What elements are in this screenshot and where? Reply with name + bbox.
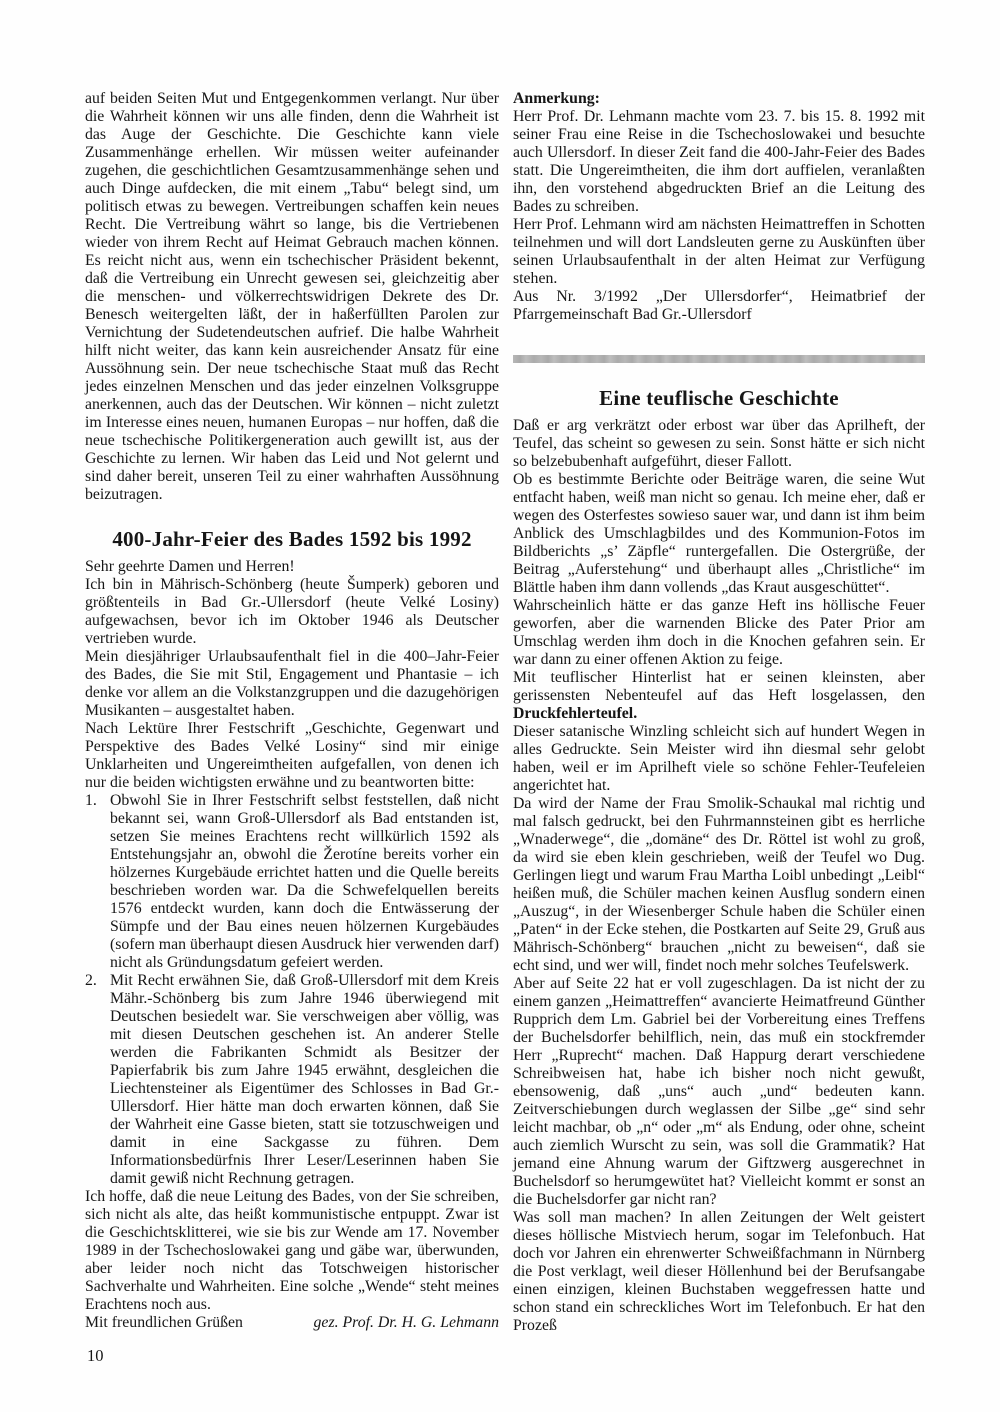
note-heading: Anmerkung:: [513, 90, 925, 108]
section-divider: [513, 355, 925, 363]
letter-paragraph: Ich bin in Mährisch-Schönberg (heute Šum…: [85, 576, 499, 648]
magazine-page: auf beiden Seiten Mut und Entgegenkommen…: [0, 0, 1000, 1412]
page-number: 10: [87, 1346, 104, 1366]
numbered-item: 2. Mit Recht erwähnen Sie, daß Groß-Ulle…: [85, 972, 499, 1188]
article-paragraph-with-bold: Mit teuflischer Hinterlist hat er seinen…: [513, 669, 925, 723]
opening-paragraph: auf beiden Seiten Mut und Entgegenkommen…: [85, 90, 499, 504]
article-paragraph: Wahrscheinlich hätte er das ganze Heft i…: [513, 597, 925, 669]
item-marker: 1.: [85, 792, 110, 972]
note-paragraph: Aus Nr. 3/1992 „Der Ullersdorfer“, Heima…: [513, 288, 925, 324]
letter-title: 400-Jahr-Feier des Bades 1592 bis 1992: [85, 530, 499, 548]
item-text: Mit Recht erwähnen Sie, daß Groß-Ullersd…: [110, 972, 499, 1188]
letter-salutation: Sehr geehrte Damen und Herren!: [85, 558, 499, 576]
article-paragraph: Ob es bestimmte Berichte oder Beiträge w…: [513, 471, 925, 597]
note-paragraph: Herr Prof. Lehmann wird am nächsten Heim…: [513, 216, 925, 288]
item-marker: 2.: [85, 972, 110, 1188]
article-paragraph: Da wird der Name der Frau Smolik-Schauka…: [513, 795, 925, 975]
numbered-item: 1. Obwohl Sie in Ihrer Festschrift selbs…: [85, 792, 499, 972]
signature-greeting: Mit freundlichen Grüßen: [85, 1314, 243, 1332]
item-text: Obwohl Sie in Ihrer Festschrift selbst f…: [110, 792, 499, 972]
signature-row: Mit freundlichen Grüßen gez. Prof. Dr. H…: [85, 1314, 499, 1332]
article-paragraph: Daß er arg verkrätzt oder erbost war übe…: [513, 417, 925, 471]
letter-closing-paragraph: Ich hoffe, daß die neue Leitung des Bade…: [85, 1188, 499, 1314]
article-paragraph: Was soll man machen? In allen Zeitungen …: [513, 1209, 925, 1335]
article-bold-phrase: Druckfehlerteufel.: [513, 705, 637, 722]
article-paragraph: Dieser satanische Winzling schleicht sic…: [513, 723, 925, 795]
right-column: Anmerkung: Herr Prof. Dr. Lehmann machte…: [513, 90, 925, 1335]
note-paragraph: Herr Prof. Dr. Lehmann machte vom 23. 7.…: [513, 108, 925, 216]
letter-paragraph: Mein diesjähriger Urlaubsaufenthalt fiel…: [85, 648, 499, 720]
letter-paragraph: Nach Lektüre Ihrer Festschrift „Geschich…: [85, 720, 499, 792]
article-paragraph-lead: Mit teuflischer Hinterlist hat er seinen…: [513, 669, 925, 704]
signature-name: gez. Prof. Dr. H. G. Lehmann: [314, 1314, 499, 1332]
article-title: Eine teuflische Geschichte: [513, 389, 925, 407]
left-column: auf beiden Seiten Mut und Entgegenkommen…: [85, 90, 499, 1332]
article-paragraph: Aber auf Seite 22 hat er voll zugeschlag…: [513, 975, 925, 1209]
